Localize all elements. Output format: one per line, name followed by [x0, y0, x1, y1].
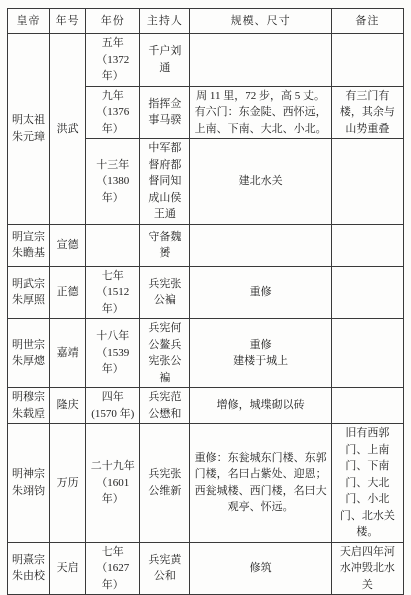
cell-presider: 兵宪张公褊: [140, 266, 190, 319]
cell-year: 十八年 （1539 年）: [86, 319, 140, 388]
table-row: 明世宗 朱厚熜 嘉靖 十八年 （1539 年） 兵宪何公鳌兵宪张公褊 重修 建楼…: [8, 319, 404, 388]
header-cell-year: 年份: [86, 9, 140, 34]
cell-note: 有三门有楼，其余与山势重叠: [331, 86, 403, 139]
cell-presider: 兵宪黄公和: [140, 542, 190, 595]
cell-era: 天启: [50, 542, 86, 595]
header-cell-emperor: 皇帝: [8, 9, 50, 34]
year-line: （1380 年）: [89, 173, 136, 206]
emperor-line: 朱瞻基: [11, 245, 46, 262]
year-line: 十八年: [89, 328, 136, 345]
cell-year: 九年 （1376 年）: [86, 86, 140, 139]
cell-year: [86, 224, 140, 266]
cell-era: 正德: [50, 266, 86, 319]
cell-scale: [190, 224, 331, 266]
cell-year: 四年 (1570 年): [86, 388, 140, 424]
cell-presider: 千户刘通: [140, 34, 190, 87]
year-line: (1570 年): [89, 406, 136, 423]
header-cell-presider: 主持人: [140, 9, 190, 34]
header-cell-era: 年号: [50, 9, 86, 34]
header-row: 皇帝 年号 年份 主持人 规模、尺寸 备注: [8, 9, 404, 34]
cell-era: 宣德: [50, 224, 86, 266]
year-line: （1539 年）: [89, 345, 136, 378]
cell-note: 天启四年河水冲毁北水关: [331, 542, 403, 595]
table-row: 明太祖 朱元璋 洪武 五年 （1372 年） 千户刘通: [8, 34, 404, 87]
emperor-line: 明武宗: [11, 276, 46, 293]
cell-era: 隆庆: [50, 388, 86, 424]
cell-presider: 指挥佥事马骙: [140, 86, 190, 139]
cell-scale: [190, 34, 331, 87]
cell-presider: 守备魏赟: [140, 224, 190, 266]
header-cell-scale: 规模、尺寸: [190, 9, 331, 34]
cell-era: 嘉靖: [50, 319, 86, 388]
cell-presider: 兵宪范公懋和: [140, 388, 190, 424]
cell-scale: 重修: [190, 266, 331, 319]
table-row: 明宣宗 朱瞻基 宣德 守备魏赟: [8, 224, 404, 266]
construction-history-table: 皇帝 年号 年份 主持人 规模、尺寸 备注 明太祖 朱元璋 洪武 五年 （137…: [7, 8, 404, 595]
year-line: 十三年: [89, 157, 136, 174]
table-row: 明熹宗 朱由校 天启 七年 （1627 年） 兵宪黄公和 修筑 天启四年河水冲毁…: [8, 542, 404, 595]
emperor-line: 明太祖: [11, 112, 46, 129]
year-line: 七年: [89, 544, 136, 561]
year-line: 七年: [89, 268, 136, 285]
cell-emperor: 明穆宗 朱载垕: [8, 388, 50, 424]
table-row: 明武宗 朱厚照 正德 七年 （1512 年） 兵宪张公褊 重修: [8, 266, 404, 319]
emperor-line: 朱元璋: [11, 129, 46, 146]
emperor-line: 明穆宗: [11, 389, 46, 406]
cell-emperor: 明世宗 朱厚熜: [8, 319, 50, 388]
year-line: （1627 年）: [89, 560, 136, 593]
cell-note: [331, 34, 403, 87]
scale-line: 重修: [193, 337, 327, 354]
emperor-line: 明宣宗: [11, 229, 46, 246]
cell-note: [331, 266, 403, 319]
cell-emperor: 明熹宗 朱由校: [8, 542, 50, 595]
cell-year: 二十九年 （1601 年）: [86, 424, 140, 543]
cell-note: 旧有西郭门、上南门、下南门、大北门、小北门、北水关楼。: [331, 424, 403, 543]
header-cell-note: 备注: [331, 9, 403, 34]
cell-presider: 兵宪何公鳌兵宪张公褊: [140, 319, 190, 388]
year-line: （1601 年）: [89, 475, 136, 508]
emperor-line: 朱载垕: [11, 406, 46, 423]
cell-year: 十三年 （1380 年）: [86, 139, 140, 225]
year-line: （1512 年）: [89, 284, 136, 317]
cell-note: [331, 139, 403, 225]
cell-year: 七年 （1512 年）: [86, 266, 140, 319]
cell-emperor: 明武宗 朱厚照: [8, 266, 50, 319]
cell-note: [331, 319, 403, 388]
cell-year: 七年 （1627 年）: [86, 542, 140, 595]
year-line: （1372 年）: [89, 52, 136, 85]
emperor-line: 朱翊钧: [11, 483, 46, 500]
table-row: 明神宗 朱翊钧 万历 二十九年 （1601 年） 兵宪张公维新 重修：东瓮城东门…: [8, 424, 404, 543]
cell-note: [331, 224, 403, 266]
year-line: （1376 年）: [89, 104, 136, 137]
cell-scale: 建北水关: [190, 139, 331, 225]
cell-note: [331, 388, 403, 424]
cell-scale: 周 11 里，72 步，高 5 丈。有六门：东金陡、西怀远，上南、下南、大北、小…: [190, 86, 331, 139]
cell-scale: 重修：东瓮城东门楼、东郭门楼，名曰占紫处、迎恩；西瓮城楼、西门楼，名曰大观亭、怀…: [190, 424, 331, 543]
cell-presider: 兵宪张公维新: [140, 424, 190, 543]
cell-scale: 修筑: [190, 542, 331, 595]
emperor-line: 明熹宗: [11, 552, 46, 569]
table-row: 明穆宗 朱载垕 隆庆 四年 (1570 年) 兵宪范公懋和 增修，城堞砌以砖: [8, 388, 404, 424]
cell-emperor: 明太祖 朱元璋: [8, 34, 50, 225]
emperor-line: 明世宗: [11, 337, 46, 354]
cell-presider: 中军都督府都督同知成山侯王通: [140, 139, 190, 225]
cell-emperor: 明宣宗 朱瞻基: [8, 224, 50, 266]
emperor-line: 朱厚照: [11, 292, 46, 309]
emperor-line: 朱厚熜: [11, 353, 46, 370]
scale-line: 建楼于城上: [193, 353, 327, 370]
emperor-line: 朱由校: [11, 568, 46, 585]
cell-emperor: 明神宗 朱翊钧: [8, 424, 50, 543]
year-line: 二十九年: [89, 458, 136, 475]
year-line: 四年: [89, 389, 136, 406]
cell-scale: 重修 建楼于城上: [190, 319, 331, 388]
cell-era: 洪武: [50, 34, 86, 225]
emperor-line: 明神宗: [11, 466, 46, 483]
year-line: 九年: [89, 88, 136, 105]
cell-era: 万历: [50, 424, 86, 543]
cell-scale: 增修，城堞砌以砖: [190, 388, 331, 424]
year-line: 五年: [89, 35, 136, 52]
cell-year: 五年 （1372 年）: [86, 34, 140, 87]
